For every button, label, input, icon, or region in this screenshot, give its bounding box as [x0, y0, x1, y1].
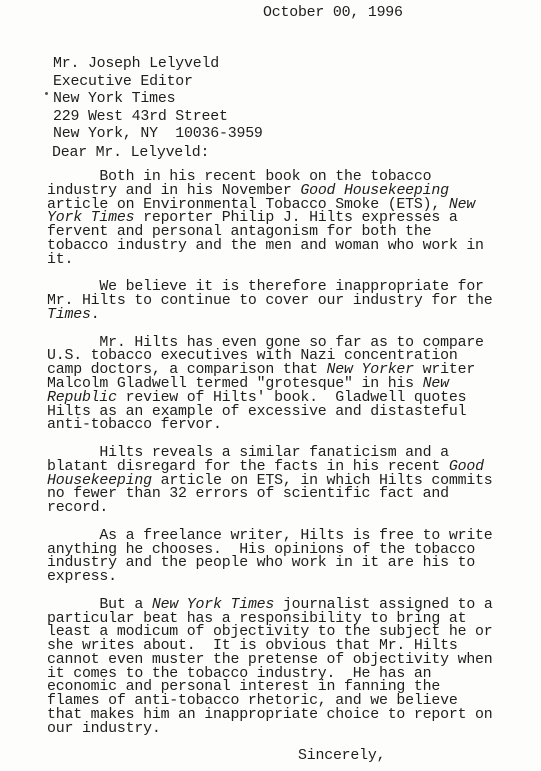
body-line: tobacco industry and the men and woman w…	[47, 240, 527, 254]
letter-document: October 00, 1996 Mr. Joseph LelyveldExec…	[0, 0, 541, 771]
salutation: Dear Mr. Lelyveld:	[52, 146, 209, 161]
address-line: New York, NY 10036-3959	[53, 126, 263, 144]
body-line: anti-tobacco fervor.	[47, 419, 527, 433]
body-line: Times.	[47, 309, 527, 323]
scan-artifact-dot	[45, 92, 48, 95]
address-line: 229 West 43rd Street	[53, 109, 263, 127]
body-line: record.	[47, 502, 527, 516]
closing: Sincerely,	[298, 749, 385, 764]
address-line: Executive Editor	[53, 74, 263, 92]
body-line: Mr. Hilts to continue to cover our indus…	[47, 295, 527, 309]
body-line: no fewer than 32 errors of scientific fa…	[47, 488, 527, 502]
paragraph: But a New York Times journalist assigned…	[47, 599, 527, 737]
address-line: Mr. Joseph Lelyveld	[53, 56, 263, 74]
body-line: our industry.	[47, 723, 527, 737]
paragraph: As a freelance writer, Hilts is free to …	[47, 530, 527, 585]
paragraph: Mr. Hilts has even gone so far as to com…	[47, 337, 527, 434]
paragraph: We believe it is therefore inappropriate…	[47, 281, 527, 322]
address-line: New York Times	[53, 91, 263, 109]
body-line: industry and the people who work in it a…	[47, 557, 527, 571]
letter-body: Both in his recent book on the tobaccoin…	[47, 171, 527, 750]
body-line: express.	[47, 571, 527, 585]
paragraph: Hilts reveals a similar fanaticism and a…	[47, 447, 527, 516]
recipient-address: Mr. Joseph LelyveldExecutive EditorNew Y…	[53, 56, 263, 144]
letter-date: October 00, 1996	[263, 6, 403, 21]
paragraph: Both in his recent book on the tobaccoin…	[47, 171, 527, 268]
body-line: it.	[47, 254, 527, 268]
